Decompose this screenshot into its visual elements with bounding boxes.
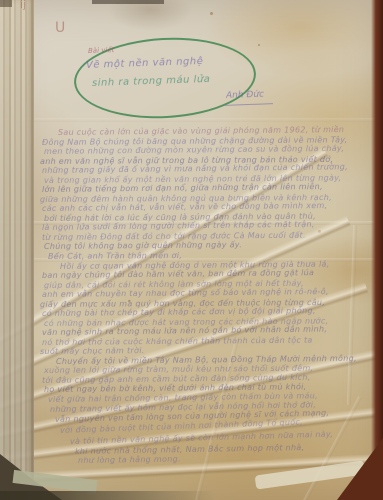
photo-edge-right (371, 0, 383, 500)
title-line-1: Bài viết (88, 46, 115, 55)
corner-mark: ij (20, 0, 26, 11)
ink-speck (210, 12, 213, 15)
handwriting-line: như lòng ta hằng mong. (78, 454, 208, 466)
photo-edge-top (92, 0, 164, 4)
top-mark: U (55, 20, 65, 36)
ink-speck (258, 44, 260, 46)
author-signature: Anh Đức (226, 90, 264, 101)
page-stack-edge (0, 0, 34, 500)
photo-corner-top-left (0, 0, 12, 7)
photo-edge-bottom (0, 491, 215, 500)
manuscript-photo: ij U Bài viết Về một nền văn nghệ sinh r… (0, 0, 383, 500)
